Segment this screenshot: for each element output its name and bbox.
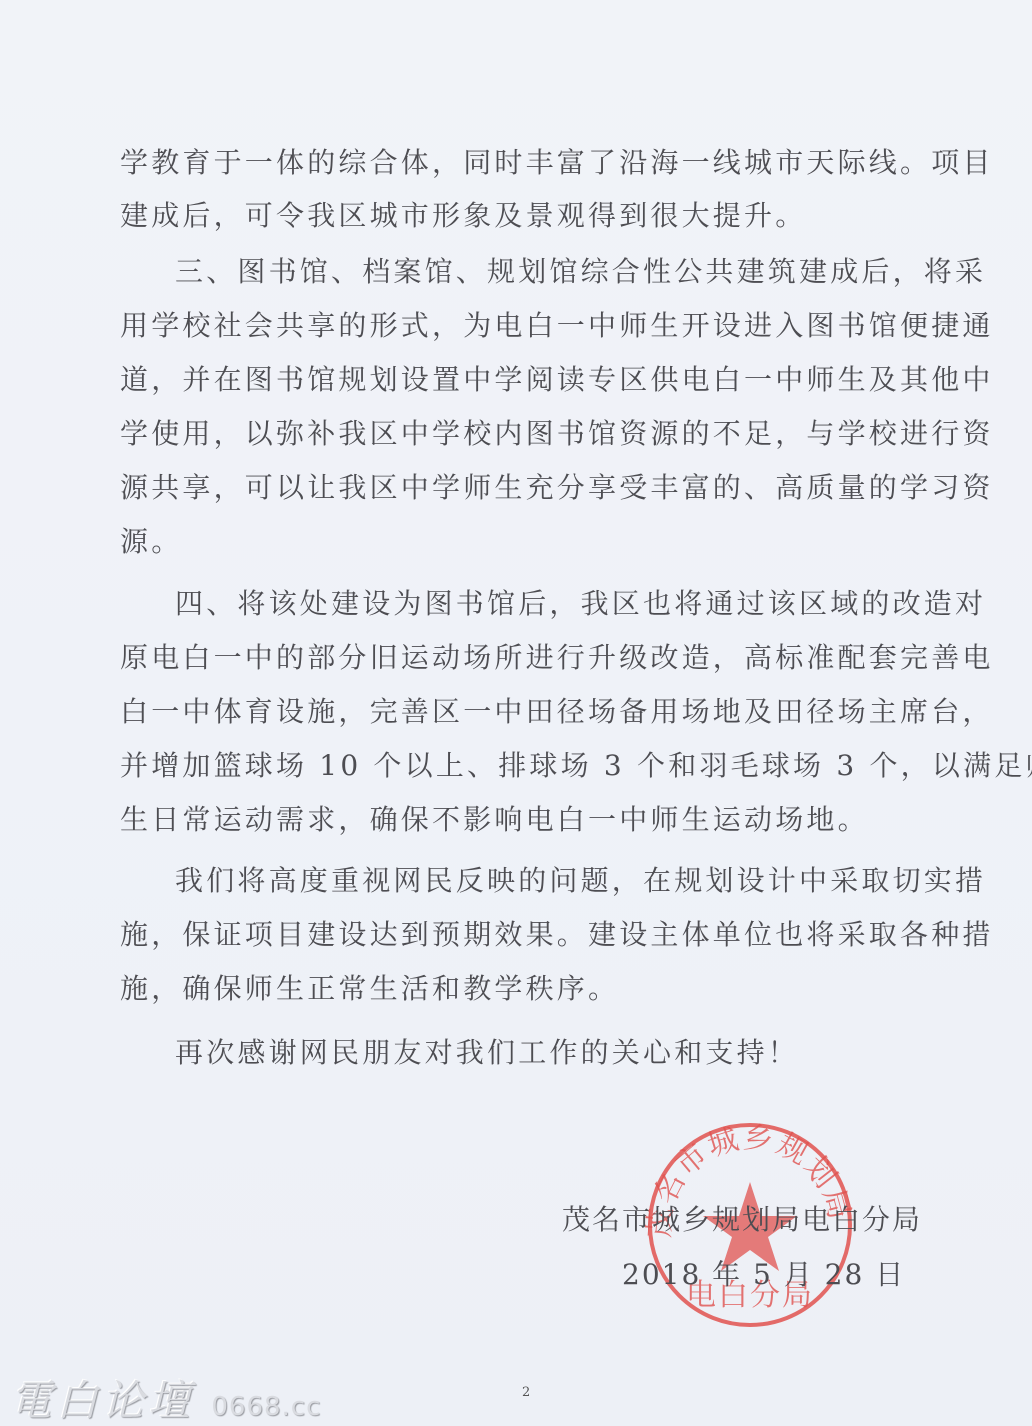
text-line: 再次感谢网民朋友对我们工作的关心和支持！ — [175, 1037, 975, 1069]
text-line: 学使用，以弥补我区中学校内图书馆资源的不足，与学校进行资 — [120, 418, 920, 450]
text-line: 学教育于一体的综合体，同时丰富了沿海一线城市天际线。项目 — [120, 147, 920, 179]
text-line: 并增加篮球场 10 个以上、排球场 3 个和羽毛球场 3 个，以满足师 — [120, 750, 920, 782]
document-page: 学教育于一体的综合体，同时丰富了沿海一线城市天际线。项目 建成后，可令我区城市形… — [0, 0, 1032, 1426]
signature-organization: 茂名市城乡规划局电白分局 — [562, 1198, 922, 1238]
text-line: 原电白一中的部分旧运动场所进行升级改造，高标准配套完善电 — [120, 642, 920, 674]
text-line: 四、将该处建设为图书馆后，我区也将通过该区域的改造对 — [175, 588, 975, 620]
text-line: 我们将高度重视网民反映的问题，在规划设计中采取切实措 — [175, 865, 975, 897]
text-line: 源。 — [120, 526, 920, 558]
text-line: 生日常运动需求，确保不影响电白一中师生运动场地。 — [120, 804, 920, 836]
text-line: 三、图书馆、档案馆、规划馆综合性公共建筑建成后，将采 — [175, 256, 975, 288]
text-line: 白一中体育设施，完善区一中田径场备用场地及田径场主席台， — [120, 696, 920, 728]
signature-date: 2018 年 5 月 28 日 — [622, 1253, 905, 1293]
page-number: 2 — [522, 1385, 530, 1400]
text-line: 道，并在图书馆规划设置中学阅读专区供电白一中师生及其他中 — [120, 364, 920, 396]
text-line: 施，保证项目建设达到预期效果。建设主体单位也将采取各种措 — [120, 919, 920, 951]
text-line: 建成后，可令我区城市形象及景观得到很大提升。 — [120, 200, 920, 232]
text-line: 用学校社会共享的形式，为电白一中师生开设进入图书馆便捷通 — [120, 310, 920, 342]
watermark-domain: 0668.cc — [211, 1392, 321, 1422]
text-line: 源共享，可以让我区中学师生充分享受丰富的、高质量的学习资 — [120, 472, 920, 504]
text-line: 施，确保师生正常生活和教学秩序。 — [120, 973, 920, 1005]
watermark-logo: 電白论壇 0668.cc — [10, 1368, 321, 1426]
watermark-brand: 電白论壇 — [10, 1376, 194, 1425]
